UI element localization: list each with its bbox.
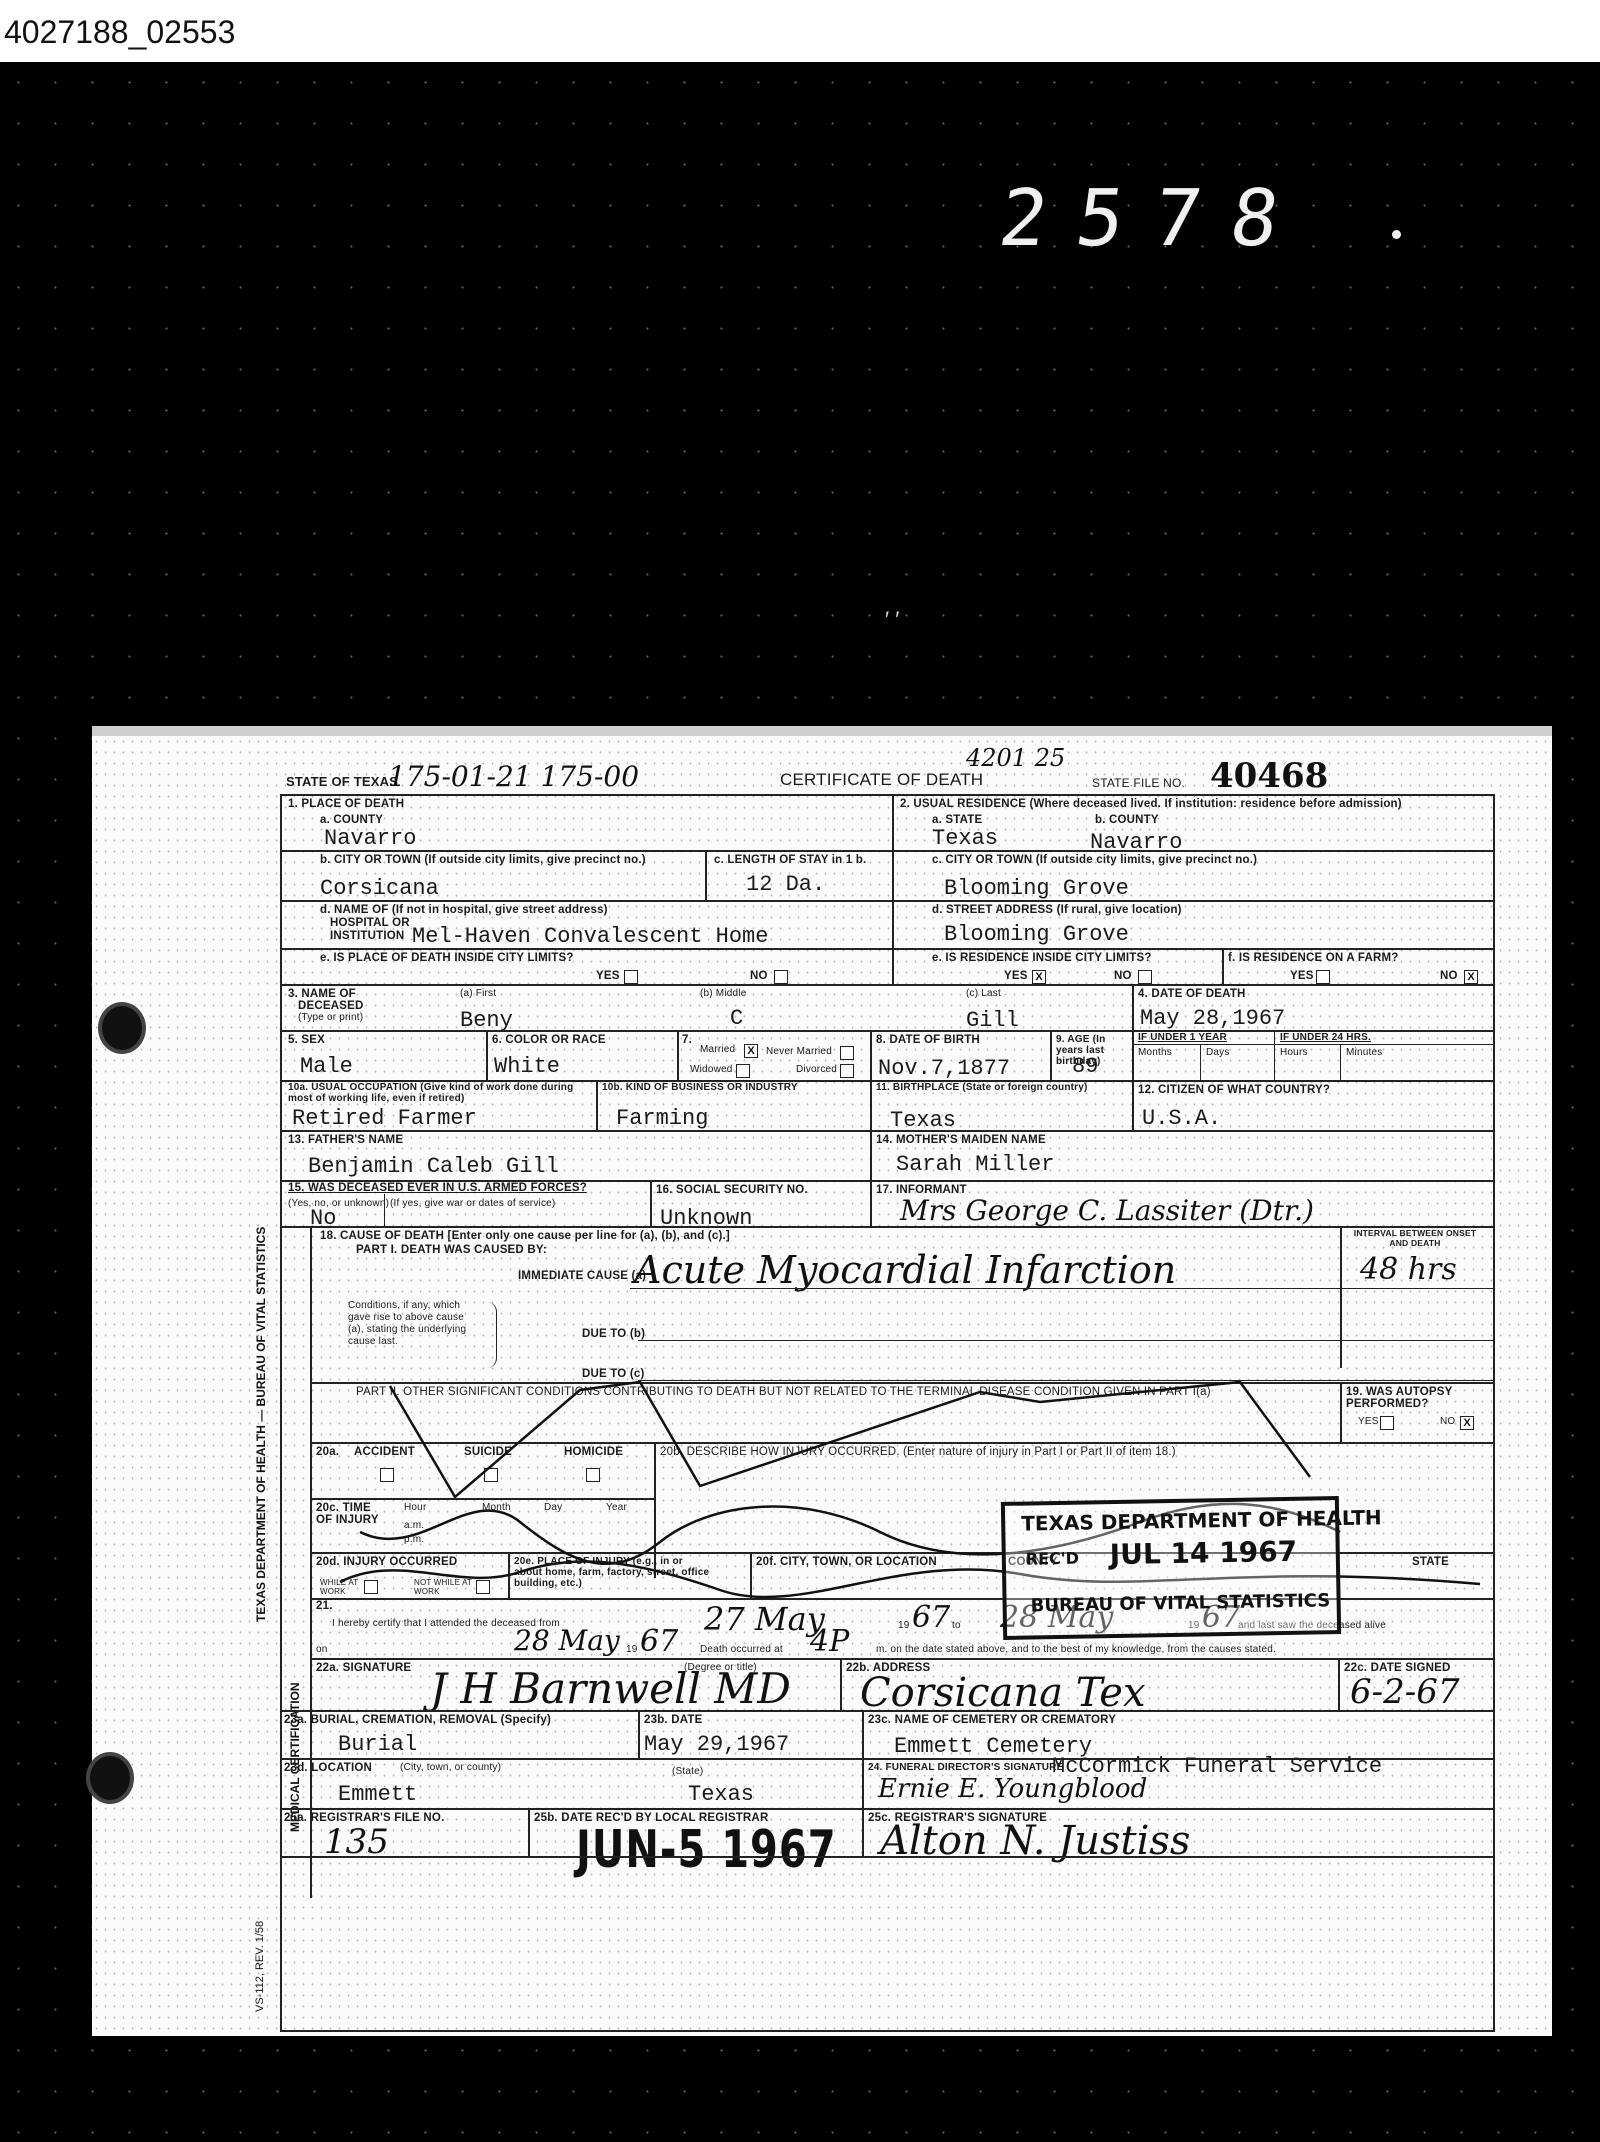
married-checkbox[interactable]: X (744, 1044, 758, 1058)
due-to-c-label: DUE TO (c) (582, 1368, 645, 1380)
occupation-label: 10a. USUAL OCCUPATION (Give kind of work… (288, 1082, 588, 1104)
to-label: to (952, 1620, 961, 1631)
certification-text-3: m. on the date stated above, and to the … (876, 1644, 1276, 1655)
accident-label: ACCIDENT (354, 1446, 415, 1458)
death-inside-limits-label: e. IS PLACE OF DEATH INSIDE CITY LIMITS? (320, 952, 574, 964)
autopsy-label: 19. WAS AUTOPSY PERFORMED? (1346, 1386, 1486, 1410)
birthplace-label: 11. BIRTHPLACE (State or foreign country… (876, 1082, 1088, 1093)
armed-forces-label: 15. WAS DECEASED EVER IN U.S. ARMED FORC… (288, 1182, 587, 1194)
first-name-label: (a) First (460, 988, 496, 999)
scan-dot (1392, 230, 1401, 239)
location-city-value: Emmett (338, 1782, 417, 1807)
middle-name-value: C (730, 1006, 743, 1031)
farm-yes-checkbox[interactable] (1316, 970, 1330, 984)
burial-date-label: 23b. DATE (644, 1714, 702, 1726)
scan-background: 2578 ′ ′ STATE OF TEXAS 175-01-21 175-00… (0, 62, 1600, 2142)
under-1-year-label: IF UNDER 1 YEAR (1138, 1032, 1227, 1043)
interval-label: INTERVAL BETWEEN ONSET AND DEATH (1350, 1228, 1480, 1248)
mother-name-value: Sarah Miller (896, 1152, 1054, 1177)
death-inside-yes-label: YES (596, 970, 620, 982)
place-of-death-label: 1. PLACE OF DEATH (288, 798, 404, 810)
residence-city-value: Blooming Grove (944, 876, 1129, 901)
death-inside-yes-checkbox[interactable] (624, 970, 638, 984)
injury-state-label: STATE (1412, 1556, 1449, 1568)
attended-from-value: 27 May (704, 1600, 825, 1638)
birth-date-label: 8. DATE OF BIRTH (876, 1034, 980, 1046)
residence-state-value: Texas (932, 826, 998, 851)
injury-city-label: 20f. CITY, TOWN, OR LOCATION (756, 1556, 937, 1568)
stamp-recd-date: JUL 14 1967 (1109, 1535, 1297, 1571)
certificate-title: CERTIFICATE OF DEATH (780, 770, 983, 790)
form-code: VS-112, REV. 1/58 (254, 1921, 266, 2012)
armed-forces-service-label: (If yes, give war or dates of service) (390, 1198, 555, 1209)
death-time-value: 4P (810, 1624, 849, 1659)
death-city-label: b. CITY OR TOWN (If outside city limits,… (320, 854, 646, 866)
immediate-cause-value: Acute Myocardial Infarction (634, 1248, 1176, 1292)
hours-label: Hours (1280, 1047, 1308, 1058)
day-label: Day (544, 1502, 562, 1513)
injury-place-label: 20e. PLACE OF INJURY (e.g., in or about … (514, 1556, 714, 1589)
accident-checkbox[interactable] (380, 1468, 394, 1482)
cemetery-label: 23c. NAME OF CEMETERY OR CREMATORY (868, 1714, 1116, 1726)
father-name-value: Benjamin Caleb Gill (308, 1154, 559, 1179)
farm-no-label: NO (1440, 970, 1458, 982)
at-work-checkbox[interactable] (364, 1580, 378, 1594)
widowed-checkbox[interactable] (736, 1064, 750, 1078)
certificate-form: STATE OF TEXAS 175-01-21 175-00 CERTIFIC… (280, 762, 1495, 2032)
residence-state-label: a. STATE (932, 814, 982, 826)
interval-value: 48 hrs (1360, 1252, 1457, 1287)
race-label: 6. COLOR OR RACE (492, 1034, 606, 1046)
institution-label-3: INSTITUTION (330, 930, 404, 942)
certification-number-label: 21. (316, 1600, 333, 1612)
divorced-label: Divorced (796, 1064, 837, 1075)
disposition-label: 23a. BURIAL, CREMATION, REMOVAL (Specify… (284, 1714, 551, 1726)
residence-farm-label: f. IS RESIDENCE ON A FARM? (1228, 952, 1398, 964)
stamp-line-1: TEXAS DEPARTMENT OF HEALTH (1021, 1505, 1382, 1535)
suicide-label: SUICIDE (464, 1446, 512, 1458)
death-county-label: a. COUNTY (320, 814, 383, 826)
stamp-line-3: BUREAU OF VITAL STATISTICS (1030, 1590, 1330, 1616)
armed-forces-sublabel: (Yes, no, or unknown) (288, 1198, 389, 1209)
state-label: STATE OF TEXAS (286, 774, 398, 789)
last-name-label: (c) Last (966, 988, 1001, 999)
never-married-label: Never Married (766, 1046, 832, 1057)
death-inside-no-checkbox[interactable] (774, 970, 788, 984)
burial-date-value: May 29,1967 (644, 1732, 789, 1757)
residence-city-label: c. CITY OR TOWN (If outside city limits,… (932, 854, 1257, 866)
scan-artifact: ′ ′ (885, 607, 899, 633)
occupation-value: Retired Farmer (292, 1106, 477, 1131)
month-label: Month (482, 1502, 511, 1513)
handwritten-ref: 4201 25 (966, 744, 1065, 772)
received-stamp: TEXAS DEPARTMENT OF HEALTH REC'D JUL 14 … (1001, 1496, 1341, 1640)
suicide-checkbox[interactable] (484, 1468, 498, 1482)
date-signed-value: 6-2-67 (1350, 1672, 1460, 1712)
immediate-cause-label: IMMEDIATE CAUSE (a) (518, 1270, 646, 1282)
minutes-label: Minutes (1346, 1047, 1382, 1058)
age-value: 89 (1072, 1054, 1098, 1079)
residence-label: 2. USUAL RESIDENCE (Where deceased lived… (900, 798, 1402, 810)
death-occurred-label: Death occurred at (700, 1644, 783, 1655)
marital-status-label: 7. (682, 1034, 692, 1046)
injury-manner-label: 20a. (316, 1446, 339, 1458)
never-married-checkbox[interactable] (840, 1046, 854, 1060)
cause-of-death-label: 18. CAUSE OF DEATH [Enter only one cause… (320, 1230, 730, 1242)
at-work-label: WHILE AT WORK (320, 1578, 360, 1596)
not-at-work-checkbox[interactable] (476, 1580, 490, 1594)
injury-description-label: 20b. DESCRIBE HOW INJURY OCCURRED. (Ente… (660, 1446, 1176, 1458)
degree-label: (Degree or title) (684, 1662, 757, 1673)
location-state-label: (State) (672, 1766, 703, 1777)
birth-date-value: Nov.7,1877 (878, 1056, 1010, 1081)
physician-signature-label: 22a. SIGNATURE (316, 1662, 411, 1674)
autopsy-no-label: NO (1440, 1416, 1455, 1427)
length-of-stay-value: 12 Da. (746, 872, 825, 897)
father-name-label: 13. FATHER'S NAME (288, 1134, 403, 1146)
widowed-label: Widowed (690, 1064, 733, 1075)
location-city-label: (City, town, or county) (400, 1762, 501, 1773)
business-label: 10b. KIND OF BUSINESS OR INDUSTRY (602, 1082, 798, 1093)
autopsy-yes-checkbox[interactable] (1380, 1416, 1394, 1430)
funeral-director-label: 24. FUNERAL DIRECTOR'S SIGNATURE (868, 1762, 1063, 1773)
citizen-value: U.S.A. (1142, 1106, 1221, 1131)
citizen-label: 12. CITIZEN OF WHAT COUNTRY? (1138, 1084, 1330, 1096)
location-label: 23d. LOCATION (284, 1762, 372, 1774)
state-file-number: 40468 (1210, 756, 1328, 796)
residence-inside-yes-checkbox[interactable]: X (1032, 970, 1046, 984)
mother-name-label: 14. MOTHER'S MAIDEN NAME (876, 1134, 1046, 1146)
business-value: Farming (616, 1106, 708, 1131)
injury-time-label: 20c. TIME OF INJURY (316, 1502, 386, 1526)
pm-label: p.m. (404, 1534, 424, 1545)
deceased-name-label-2: DECEASED (298, 1000, 364, 1012)
state-file-label: STATE FILE NO. (1092, 776, 1185, 790)
side-label-department: TEXAS DEPARTMENT OF HEALTH — BUREAU OF V… (254, 1227, 268, 1622)
not-at-work-label: NOT WHILE AT WORK (414, 1578, 474, 1596)
under-24-hours-label: IF UNDER 24 HRS. (1280, 1032, 1371, 1043)
farm-no-checkbox[interactable]: X (1464, 970, 1478, 984)
part1-label: PART I. DEATH WAS CAUSED BY: (356, 1244, 547, 1256)
death-city-value: Corsicana (320, 876, 439, 901)
deceased-name-label-3: (Type or print) (298, 1012, 363, 1023)
attended-from-year: 67 (912, 1600, 950, 1635)
married-label: Married (700, 1044, 735, 1055)
death-county-value: Navarro (324, 826, 416, 851)
informant-value: Mrs George C. Lassiter (Dtr.) (900, 1194, 1314, 1227)
institution-label-2: HOSPITAL OR (330, 917, 410, 929)
residence-county-label: b. COUNTY (1095, 814, 1159, 826)
scan-frame-number: 2578 (994, 174, 1314, 264)
residence-inside-no-label: NO (1114, 970, 1132, 982)
death-inside-no-label: NO (750, 970, 768, 982)
due-to-b-label: DUE TO (b) (582, 1328, 645, 1340)
last-seen-year: 67 (640, 1624, 678, 1659)
residence-inside-limits-label: e. IS RESIDENCE INSIDE CITY LIMITS? (932, 952, 1152, 964)
sex-value: Male (300, 1054, 353, 1079)
handwritten-code: 175-01-21 175-00 (388, 760, 639, 793)
part2-label: PART II. OTHER SIGNIFICANT CONDITIONS CO… (356, 1386, 1211, 1398)
location-state-value: Texas (688, 1782, 754, 1807)
residence-inside-yes-label: YES (1004, 970, 1028, 982)
stamp-recd-label: REC'D (1026, 1549, 1079, 1569)
punch-hole (102, 1006, 142, 1050)
injury-occurred-label: 20d. INJURY OCCURRED (316, 1556, 457, 1568)
autopsy-yes-label: YES (1358, 1416, 1379, 1427)
deceased-name-label: 3. NAME OF (288, 988, 356, 1000)
length-of-stay-label: c. LENGTH OF STAY in 1 b. (714, 854, 866, 866)
from-year-prefix: 19 (898, 1620, 910, 1631)
conditions-brace (486, 1302, 497, 1368)
residence-street-value: Blooming Grove (944, 922, 1129, 947)
race-value: White (494, 1054, 560, 1079)
middle-name-label: (b) Middle (700, 988, 746, 999)
disposition-value: Burial (338, 1732, 417, 1757)
conditions-label: Conditions, if any, which gave rise to a… (348, 1300, 468, 1348)
days-label: Days (1206, 1047, 1230, 1058)
last-seen-date: 28 May (514, 1624, 620, 1657)
ssn-label: 16. SOCIAL SECURITY NO. (656, 1184, 808, 1196)
punch-hole (90, 1756, 130, 1800)
image-id-label: 4027188_02553 (4, 6, 235, 58)
death-date-label: 4. DATE OF DEATH (1138, 988, 1246, 1000)
am-label: a.m. (404, 1520, 424, 1531)
year-label: Year (606, 1502, 627, 1513)
institution-value: Mel-Haven Convalescent Home (412, 924, 768, 949)
homicide-label: HOMICIDE (564, 1446, 623, 1458)
death-certificate: STATE OF TEXAS 175-01-21 175-00 CERTIFIC… (92, 726, 1552, 2036)
on-label: on (316, 1644, 328, 1655)
death-date-value: May 28,1967 (1140, 1006, 1285, 1031)
residence-street-label: d. STREET ADDRESS (If rural, give locati… (932, 904, 1182, 916)
farm-yes-label: YES (1290, 970, 1314, 982)
funeral-director-signature: Ernie E. Youngblood (878, 1774, 1147, 1804)
autopsy-no-checkbox[interactable]: X (1460, 1416, 1474, 1430)
sex-label: 5. SEX (288, 1034, 325, 1046)
months-label: Months (1138, 1047, 1172, 1058)
residence-inside-no-checkbox[interactable] (1138, 970, 1152, 984)
date-received-stamp: JUN-5 1967 (576, 1820, 837, 1880)
on-year-prefix: 19 (626, 1644, 638, 1655)
homicide-checkbox[interactable] (586, 1468, 600, 1482)
institution-label: d. NAME OF (If not in hospital, give str… (320, 904, 608, 916)
divorced-checkbox[interactable] (840, 1064, 854, 1078)
hour-label: Hour (404, 1502, 426, 1513)
